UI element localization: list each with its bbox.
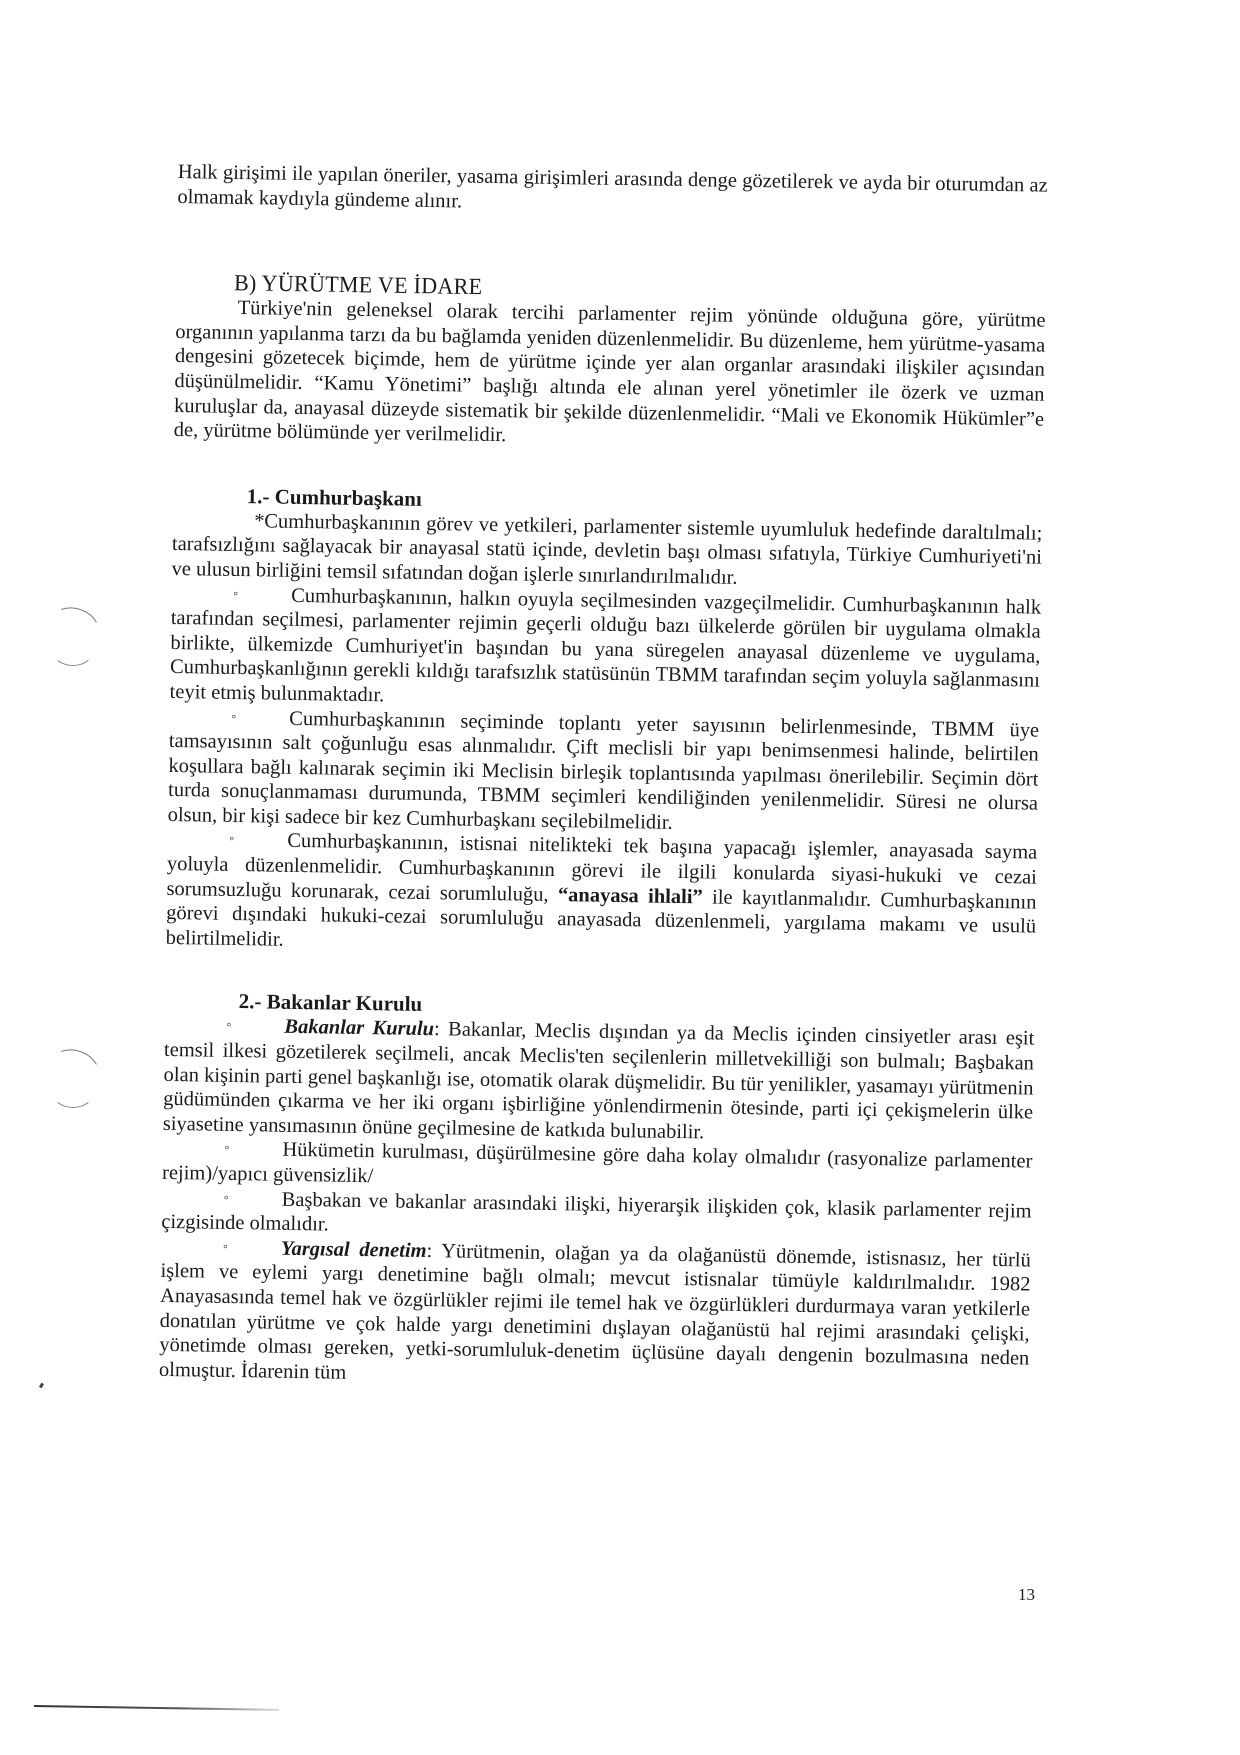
circle-bullet-icon: ◦ [164,1013,284,1039]
list-item: ◦Yargısal denetim: Yürütmenin, olağan ya… [159,1235,1031,1396]
document-body: Halk girişimi ile yapılan öneriler, yasa… [159,160,1048,1396]
list-item-lead: Bakanlar Kurulu [284,1016,434,1040]
circle-bullet-icon: ◦ [161,1235,281,1261]
list-item-text: Cumhurbaşkanının, halkın oyuyla seçilmes… [169,584,1041,706]
circle-bullet-icon: ◦ [162,1185,282,1211]
scan-artifact-mark [39,1383,44,1389]
binder-hole-mark [52,634,94,666]
list-item-text: : Yürütmenin, olağan ya da olağanüstü dö… [159,1240,1031,1384]
binder-hole-mark [52,1076,94,1108]
circle-bullet-icon: ◦ [171,581,291,607]
list-item-text: Cumhurbaşkanının görev ve yetkileri, par… [171,510,1042,589]
circle-bullet-icon: ◦ [169,704,289,730]
list-item-lead: Yargısal denetim [281,1238,427,1262]
list-item: ◦Bakanlar Kurulu: Bakanlar, Meclis dışın… [163,1013,1035,1150]
list-item: ◦Cumhurbaşkanının, halkın oyuyla seçilme… [169,581,1041,718]
page-number: 13 [1018,1585,1035,1605]
circle-bullet-icon: ◦ [162,1136,282,1162]
list-item: ◦Cumhurbaşkanının, istisnai nitelikteki … [166,827,1038,964]
section-b-paragraph: Türkiye'nin geleneksel olarak tercihi pa… [174,295,1046,456]
list-item: *Cumhurbaşkanının görev ve yetkileri, pa… [171,508,1042,595]
list-item: ◦Cumhurbaşkanının seçiminde toplantı yet… [168,704,1040,841]
emphasis-anayasa-ihlali: “anayasa ihlali” [558,884,703,908]
footnote-separator-line [34,1705,279,1711]
intro-paragraph: Halk girişimi ile yapılan öneriler, yasa… [177,160,1048,223]
scanned-document-page: Halk girişimi ile yapılan öneriler, yasa… [0,0,1240,1755]
asterisk-bullet-icon: * [172,508,264,534]
list-item-text: Cumhurbaşkanının seçiminde toplantı yete… [168,707,1040,833]
circle-bullet-icon: ◦ [167,827,287,853]
